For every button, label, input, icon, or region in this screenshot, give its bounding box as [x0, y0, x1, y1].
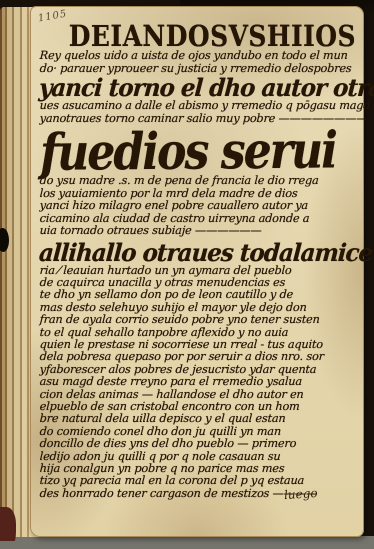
- main-paragraph: ria ⁄ leauian hurtado un yn aymara del p…: [40, 265, 358, 501]
- text-column: DEIANDOSVSHIIOS Rey quelos uido a uista …: [40, 20, 358, 500]
- manuscript-photo: 1105 DEIANDOSVSHIIOS Rey quelos uido a u…: [0, 0, 374, 549]
- table-surface: [0, 536, 374, 549]
- text-line: te dho yn sellamo don po de leon cautill…: [39, 289, 358, 301]
- text-line: Rey quelos uido a uista de ojos yandubo …: [39, 50, 358, 63]
- manuscript-page: 1105 DEIANDOSVSHIIOS Rey quelos uido a u…: [30, 6, 364, 537]
- text-line: asu magd deste rreyno para el rremedio y…: [39, 376, 358, 388]
- subheading-yanci-torno: yanci torno el dho autor otra: [38, 75, 358, 101]
- text-line: yanci hizo milagro enel pobre cauallero …: [39, 200, 358, 213]
- text-line: ues asucamino a dalle el abismo y rremed…: [39, 100, 358, 113]
- text-line: uia tornado otraues subiaje ——————: [39, 225, 358, 238]
- text-line: do ysu madre .s. m de pena de francia le…: [39, 175, 358, 188]
- text-line: doncillo de dies yns del dho pueblo — pr…: [39, 438, 358, 450]
- subheading-alli-hallo: allihallo otraues todalamice: [38, 240, 358, 266]
- display-title-fue-dios-servido: fuedios serui: [40, 123, 352, 181]
- bottom-left-corner-shadow: [0, 507, 16, 541]
- text-line: fran de ayala corrio seuido pobre yno te…: [39, 314, 358, 326]
- text-line: dela pobresa quepaso por por seruir a di…: [39, 351, 358, 363]
- catchword: luego: [284, 486, 318, 502]
- text-line: bre natural dela uilla depisco y el qual…: [39, 413, 358, 425]
